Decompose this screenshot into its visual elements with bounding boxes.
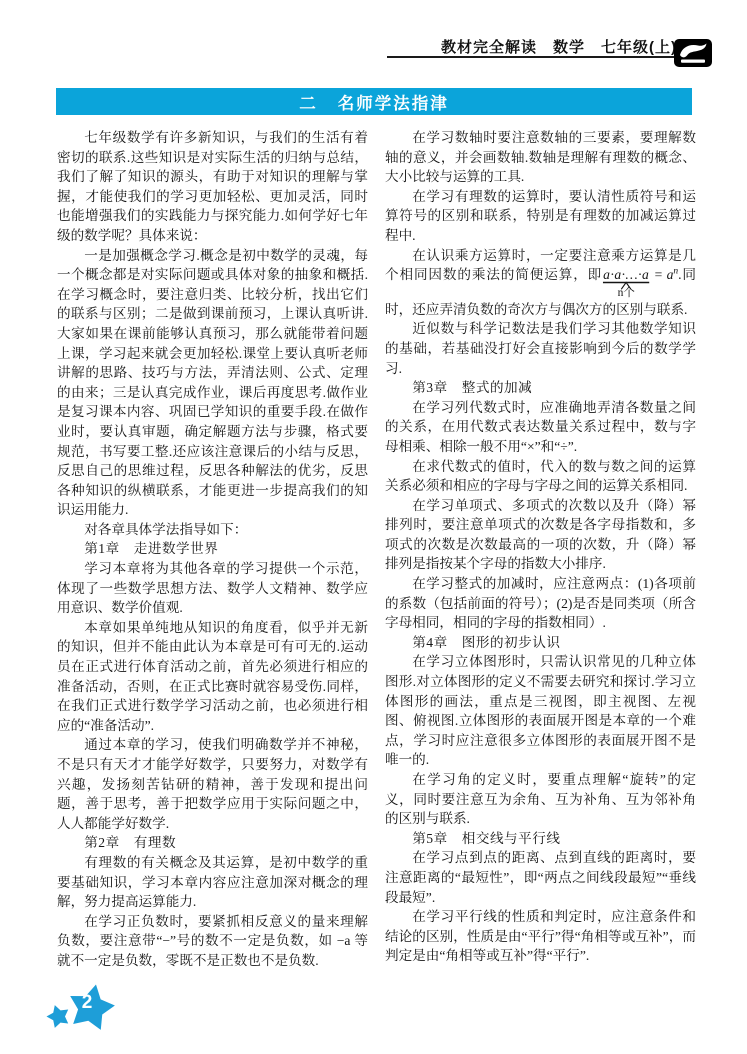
paragraph: 在学习立体图形时，只需认识常见的几种立体图形.对立体图形的定义不需要去研究和探讨… [385,652,696,770]
paragraph: 在学习点到点的距离、点到直线的距离时，要注意距离的“最短性”，即“两点之间线段最… [385,848,696,907]
section-number: 二 [299,90,318,114]
paragraph: 在学习角的定义时，要重点理解“旋转”的定义，同时要注意互为余角、互为补角、互为邻… [385,770,696,829]
paragraph: 通过本章的学习，使我们明确数学并不神秘，不是只有天才才能学好数学，只要努力，对数… [57,735,368,833]
paragraph: 在学习平行线的性质和判定时，应注意条件和结论的区别，性质是由“平行”得“角相等或… [385,907,696,966]
chapter-heading: 第1章 走进数学世界 [57,539,368,559]
section-banner: 二 名师学法指津 [56,88,692,115]
paragraph: 在学习有理数的运算时，要认清性质符号和运算符号的区别和联系，特别是有理数的加减运… [385,187,696,246]
paragraph: 学习本章将为其他各章的学习提供一个示范，体现了一些数学思想方法、数学人文精神、数… [57,559,368,618]
underbrace-formula: a·a·…·an个 [602,265,650,300]
formula-expression: a·a·…·a [603,267,649,282]
chapter-heading: 第4章 图形的初步认识 [385,633,696,653]
chapter-heading: 第2章 有理数 [57,833,368,853]
paragraph: 在学习单项式、多项式的次数以及升（降）幂排列时，要注意单项式的次数是各字母指数和… [385,496,696,574]
paragraph: 有理数的有关概念及其运算，是初中数学的重要基础知识，学习本章内容应注意加深对概念… [57,853,368,912]
paragraph: 近似数与科学记数法是我们学习其他数学知识的基础，若基础没打好会直接影响到今后的数… [385,319,696,378]
equals-sign: = [650,267,666,282]
header-rule [387,56,710,58]
paragraph: 一是加强概念学习.概念是初中数学的灵魂，每一个概念都是对实际问题或具体对象的抽象… [57,246,368,520]
book-header-title: 教材完全解读 数学 七年级(上) [441,36,677,57]
paragraph: 在求代数式的值时，代入的数与数之间的运算关系必须和相应的字母与字母之间的运算关系… [385,457,696,496]
paragraph: 在学习正负数时，要紧抓相反意义的量来理解负数，要注意带“−”号的数不一定是负数，… [57,912,368,971]
right-column: 在学习数轴时要注意数轴的三要素，要理解数轴的意义，并会画数轴.数轴是理解有理数的… [385,128,696,971]
paragraph-with-formula: 在认识乘方运算时，一定要注意乘方运算是几个相同因数的乘法的简便运算，即a·a·…… [385,246,696,320]
paragraph: 对各章具体学法指导如下： [57,520,368,540]
underbrace-label: n个 [618,288,635,300]
formula-result: = an [650,267,678,282]
paragraph: 本章如果单纯地从知识的角度看，似乎并无新的知识，但并不能由此认为本章是可有可无的… [57,618,368,736]
section-title: 名师学法指津 [338,90,449,114]
paragraph: 七年级数学有许多新知识，与我们的生活有着密切的联系.这些知识是对实际生活的归纳与… [57,128,368,246]
page-number: 2 [74,992,100,1014]
chapter-heading: 第3章 整式的加减 [385,378,696,398]
paragraph: 在学习数轴时要注意数轴的三要素，要理解数轴的意义，并会画数轴.数轴是理解有理数的… [385,128,696,187]
page-body: 七年级数学有许多新知识，与我们的生活有着密切的联系.这些知识是对实际生活的归纳与… [57,128,696,971]
publisher-logo-icon [674,39,712,67]
left-column: 七年级数学有许多新知识，与我们的生活有着密切的联系.这些知识是对实际生活的归纳与… [57,128,368,971]
chapter-heading: 第5章 相交线与平行线 [385,829,696,849]
paragraph: 在学习整式的加减时，应注意两点：(1)各项前的系数（包括前面的符号）；(2)是否… [385,574,696,633]
paragraph: 在学习列代数式时，应准确地弄清各数量之间的关系，在用代数式表达数量关系过程中，数… [385,398,696,457]
